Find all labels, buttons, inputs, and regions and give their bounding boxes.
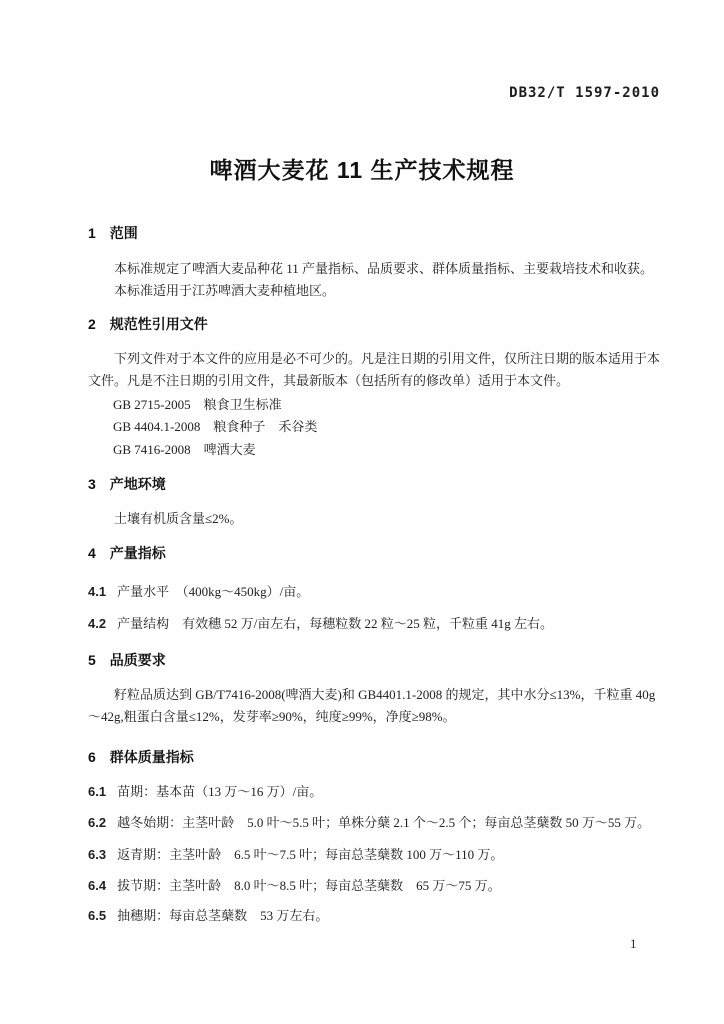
section-3-heading-label: 产地环境 — [110, 475, 166, 493]
section-5-paragraph: 籽粒品质达到 GB/T7416-2008(啤酒大麦)和 GB4401.1-200… — [88, 684, 662, 728]
section-2-references: GB 2715-2005 粮食卫生标准 GB 4404.1-2008 粮食种子 … — [88, 394, 687, 461]
clause-text: 拔节期：主茎叶龄 8.0 叶～8.5 叶；每亩总茎蘖数 65 万～75 万。 — [117, 875, 501, 897]
clause-text: 产量结构 有效穗 52 万/亩左右，每穗粒数 22 粒～25 粒，千粒重 41g… — [117, 613, 553, 635]
section-2-heading: 2 规范性引用文件 — [88, 315, 662, 333]
section-6-heading: 6 群体质量指标 — [88, 748, 662, 766]
section-1-body: 本标准规定了啤酒大麦品种花 11 产量指标、品质要求、群体质量指标、主要栽培技术… — [88, 258, 662, 302]
clause-6-3: 6.3 返青期：主茎叶龄 6.5 叶～7.5 叶；每亩总茎蘖数 100 万～11… — [88, 844, 662, 866]
reference-item: GB 2715-2005 粮食卫生标准 — [113, 394, 687, 416]
section-5-body: 籽粒品质达到 GB/T7416-2008(啤酒大麦)和 GB4401.1-200… — [88, 684, 662, 728]
section-3-heading: 3 产地环境 — [88, 475, 662, 493]
section-4-heading: 4 产量指标 — [88, 544, 662, 562]
clause-number: 6.2 — [88, 812, 106, 834]
section-2-body: 下列文件对于本文件的应用是必不可少的。凡是注日期的引用文件，仅所注日期的版本适用… — [88, 348, 662, 392]
section-2-number: 2 — [88, 315, 96, 333]
clause-number: 4.1 — [88, 581, 106, 603]
clause-text: 产量水平 （400kg～450kg）/亩。 — [117, 581, 309, 603]
clause-text: 越冬始期：主茎叶龄 5.0 叶～5.5 叶；单株分蘖 2.1 个～2.5 个；每… — [117, 812, 650, 834]
clause-4-2: 4.2 产量结构 有效穗 52 万/亩左右，每穗粒数 22 粒～25 粒，千粒重… — [88, 613, 662, 635]
clause-6-5: 6.5 抽穗期：每亩总茎蘖数 53 万左右。 — [88, 905, 662, 927]
clause-number: 6.3 — [88, 844, 106, 866]
section-4-number: 4 — [88, 544, 96, 562]
section-1-number: 1 — [88, 224, 96, 242]
section-1-paragraph: 本标准适用于江苏啤酒大麦种植地区。 — [88, 280, 662, 302]
section-6-number: 6 — [88, 748, 96, 766]
section-3-paragraph: 土壤有机质含量≤2%。 — [88, 508, 662, 530]
clause-text: 抽穗期：每亩总茎蘖数 53 万左右。 — [117, 905, 328, 927]
clause-number: 4.2 — [88, 613, 106, 635]
section-4-heading-label: 产量指标 — [110, 544, 166, 562]
clause-number: 6.5 — [88, 905, 106, 927]
section-5-heading: 5 品质要求 — [88, 651, 662, 669]
section-3-number: 3 — [88, 475, 96, 493]
clause-text: 返青期：主茎叶龄 6.5 叶～7.5 叶；每亩总茎蘖数 100 万～110 万。 — [117, 844, 503, 866]
section-2-paragraph: 下列文件对于本文件的应用是必不可少的。凡是注日期的引用文件，仅所注日期的版本适用… — [88, 348, 662, 392]
document-page: DB32/T 1597-2010 啤酒大麦花 11 生产技术规程 1 范围 本标… — [0, 0, 724, 1024]
doc-title: 啤酒大麦花 11 生产技术规程 — [0, 152, 724, 185]
section-5-number: 5 — [88, 651, 96, 669]
clause-text: 苗期：基本苗（13 万～16 万）/亩。 — [117, 781, 322, 803]
section-5-heading-label: 品质要求 — [110, 651, 166, 669]
reference-item: GB 7416-2008 啤酒大麦 — [113, 439, 687, 461]
section-3-body: 土壤有机质含量≤2%。 — [88, 508, 662, 530]
section-6-heading-label: 群体质量指标 — [110, 748, 194, 766]
section-2-heading-label: 规范性引用文件 — [110, 315, 208, 333]
clause-4-1: 4.1 产量水平 （400kg～450kg）/亩。 — [88, 581, 662, 603]
page-number: 1 — [630, 936, 637, 952]
clause-6-2: 6.2 越冬始期：主茎叶龄 5.0 叶～5.5 叶；单株分蘖 2.1 个～2.5… — [88, 812, 662, 834]
section-1-heading-label: 范围 — [110, 224, 138, 242]
clause-number: 6.4 — [88, 875, 106, 897]
clause-6-1: 6.1 苗期：基本苗（13 万～16 万）/亩。 — [88, 781, 662, 803]
reference-item: GB 4404.1-2008 粮食种子 禾谷类 — [113, 416, 687, 438]
doc-number: DB32/T 1597-2010 — [509, 85, 660, 101]
clause-number: 6.1 — [88, 781, 106, 803]
section-1-paragraph: 本标准规定了啤酒大麦品种花 11 产量指标、品质要求、群体质量指标、主要栽培技术… — [88, 258, 662, 280]
clause-6-4: 6.4 拔节期：主茎叶龄 8.0 叶～8.5 叶；每亩总茎蘖数 65 万～75 … — [88, 875, 662, 897]
section-1-heading: 1 范围 — [88, 224, 662, 242]
